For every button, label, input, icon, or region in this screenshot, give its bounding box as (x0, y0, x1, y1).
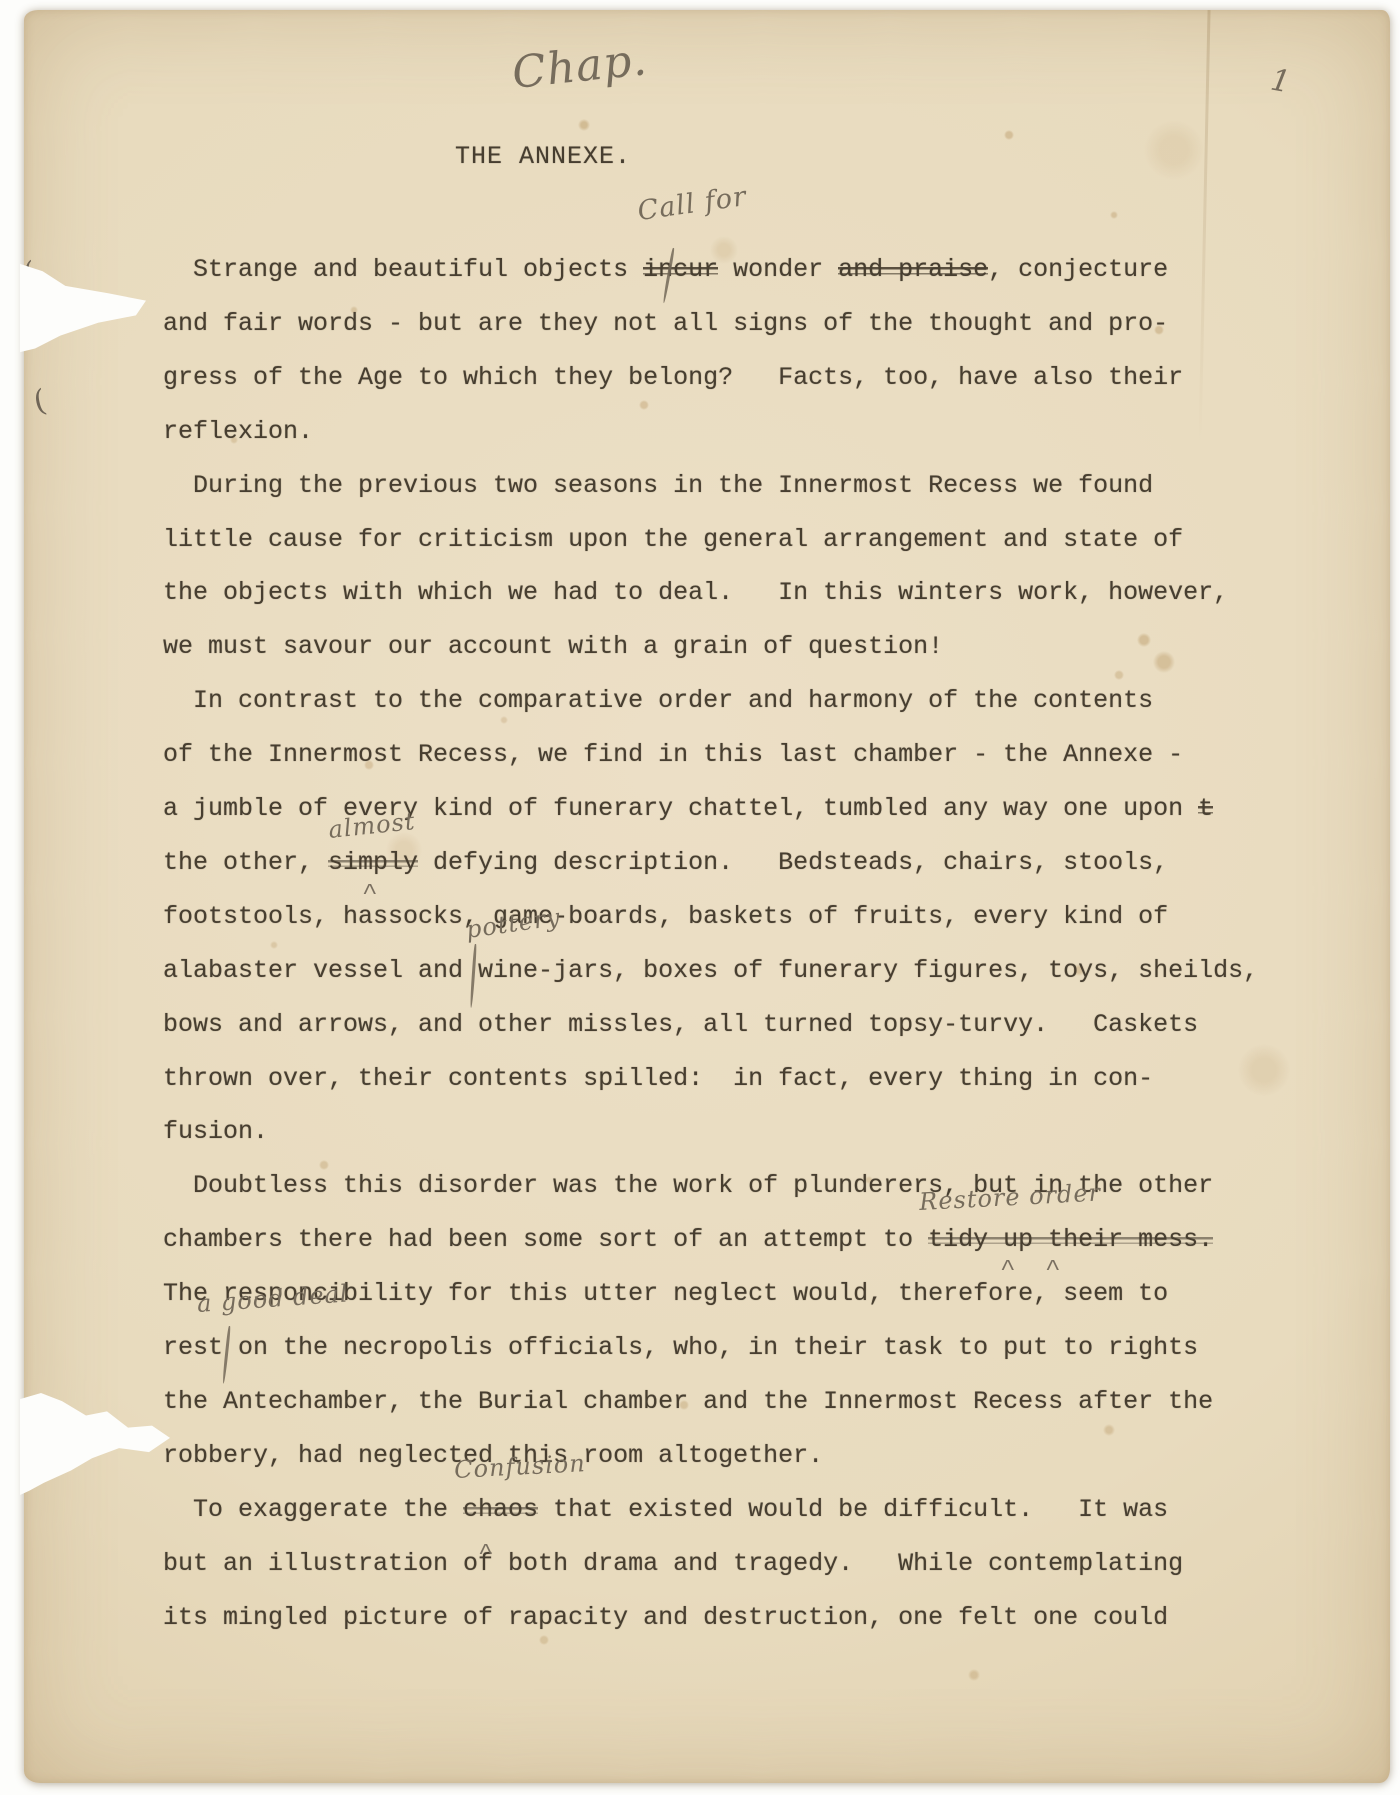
typed-text: defying description. Bedsteads, chairs, … (418, 848, 1168, 877)
paper-sheet: Chap. 1 THE ANNEXE. Strange and beautifu… (24, 10, 1390, 1783)
typed-text: little cause for criticism upon the gene… (163, 525, 1183, 554)
typed-line: In contrast to the comparative order and… (193, 686, 1153, 715)
typed-text: thrown over, their contents spilled: in … (163, 1064, 1153, 1093)
typed-line: little cause for criticism upon the gene… (163, 525, 1183, 554)
typed-text: and fair words - but are they not all si… (163, 309, 1168, 338)
typed-line: reflexion. (163, 417, 313, 446)
typed-text: rest on the necropolis officials, who, i… (163, 1333, 1198, 1362)
struck-text: and praise (838, 255, 988, 284)
typed-line: the other, simply defying description. B… (163, 848, 1168, 877)
typed-text: of the Innermost Recess, we find in this… (163, 740, 1183, 769)
typed-line: but an illustration of both drama and tr… (163, 1549, 1183, 1578)
typed-line: we must savour our account with a grain … (163, 632, 943, 661)
scribble-mark: ( (30, 383, 49, 420)
struck-text: tidy up their mess. (928, 1225, 1213, 1254)
typed-text: that existed would be difficult. It was (538, 1495, 1168, 1524)
typed-text: the other, (163, 848, 328, 877)
typed-text: we must savour our account with a grain … (163, 632, 943, 661)
typed-line: gress of the Age to which they belong? F… (163, 363, 1183, 392)
typed-text: Strange and beautiful objects (193, 255, 643, 284)
typed-line: fusion. (163, 1117, 268, 1146)
struck-text: t (1198, 794, 1213, 823)
typed-line: footstools, hassocks, game-boards, baske… (163, 902, 1168, 931)
document-title: THE ANNEXE. (455, 142, 631, 171)
typed-line: To exaggerate the chaos that existed wou… (193, 1495, 1168, 1524)
typed-line: During the previous two seasons in the I… (193, 471, 1153, 500)
paper-tear-top (20, 262, 146, 354)
caret-mark: ^ (1000, 1256, 1016, 1282)
chapter-annotation: Chap. (510, 34, 650, 99)
typed-line: Strange and beautiful objects incur wond… (193, 255, 1168, 284)
typed-text: fusion. (163, 1117, 268, 1146)
typed-line: rest on the necropolis officials, who, i… (163, 1333, 1198, 1362)
manuscript-scan: Chap. 1 THE ANNEXE. Strange and beautifu… (0, 0, 1400, 1795)
typed-text: chambers there had been some sort of an … (163, 1225, 928, 1254)
typed-text: a jumble of every kind of funerary chatt… (163, 794, 1198, 823)
typed-line: alabaster vessel and wine-jars, boxes of… (163, 956, 1258, 985)
typed-text: its mingled picture of rapacity and dest… (163, 1603, 1168, 1632)
typed-text: but an illustration of both drama and tr… (163, 1549, 1183, 1578)
typed-text: To exaggerate the (193, 1495, 463, 1524)
typed-text: alabaster vessel and wine-jars, boxes of… (163, 956, 1258, 985)
typed-text: In contrast to the comparative order and… (193, 686, 1153, 715)
typed-text: the Antechamber, the Burial chamber and … (163, 1387, 1213, 1416)
typed-line: chambers there had been some sort of an … (163, 1225, 1213, 1254)
typed-line: thrown over, their contents spilled: in … (163, 1064, 1153, 1093)
paper-crease (1198, 10, 1210, 445)
typed-line: and fair words - but are they not all si… (163, 309, 1168, 338)
page-number: 1 (1268, 63, 1294, 101)
typed-text: , conjecture (988, 255, 1168, 284)
typed-text: reflexion. (163, 417, 313, 446)
confusion-annotation: Confusion (454, 1449, 587, 1484)
struck-text: incur (643, 255, 718, 284)
caret-mark: ^ (478, 1540, 494, 1566)
typed-line: the Antechamber, the Burial chamber and … (163, 1387, 1213, 1416)
typed-line: the objects with which we had to deal. I… (163, 578, 1228, 607)
paper-tear-bottom (20, 1393, 170, 1495)
caret-mark: ^ (1045, 1256, 1061, 1282)
typed-line: a jumble of every kind of funerary chatt… (163, 794, 1213, 823)
typed-text: the objects with which we had to deal. I… (163, 578, 1228, 607)
typed-text: footstools, hassocks, game-boards, baske… (163, 902, 1168, 931)
typed-text: During the previous two seasons in the I… (193, 471, 1153, 500)
typed-text: wonder (718, 255, 838, 284)
call-for-annotation: Call for (636, 181, 749, 227)
caret-mark: ^ (362, 880, 378, 906)
typed-text: bows and arrows, and other missles, all … (163, 1010, 1198, 1039)
typed-line: of the Innermost Recess, we find in this… (163, 740, 1183, 769)
typed-line: bows and arrows, and other missles, all … (163, 1010, 1198, 1039)
struck-text: simply (328, 848, 418, 877)
typed-line: its mingled picture of rapacity and dest… (163, 1603, 1168, 1632)
typed-text: gress of the Age to which they belong? F… (163, 363, 1183, 392)
struck-text: chaos (463, 1495, 538, 1524)
